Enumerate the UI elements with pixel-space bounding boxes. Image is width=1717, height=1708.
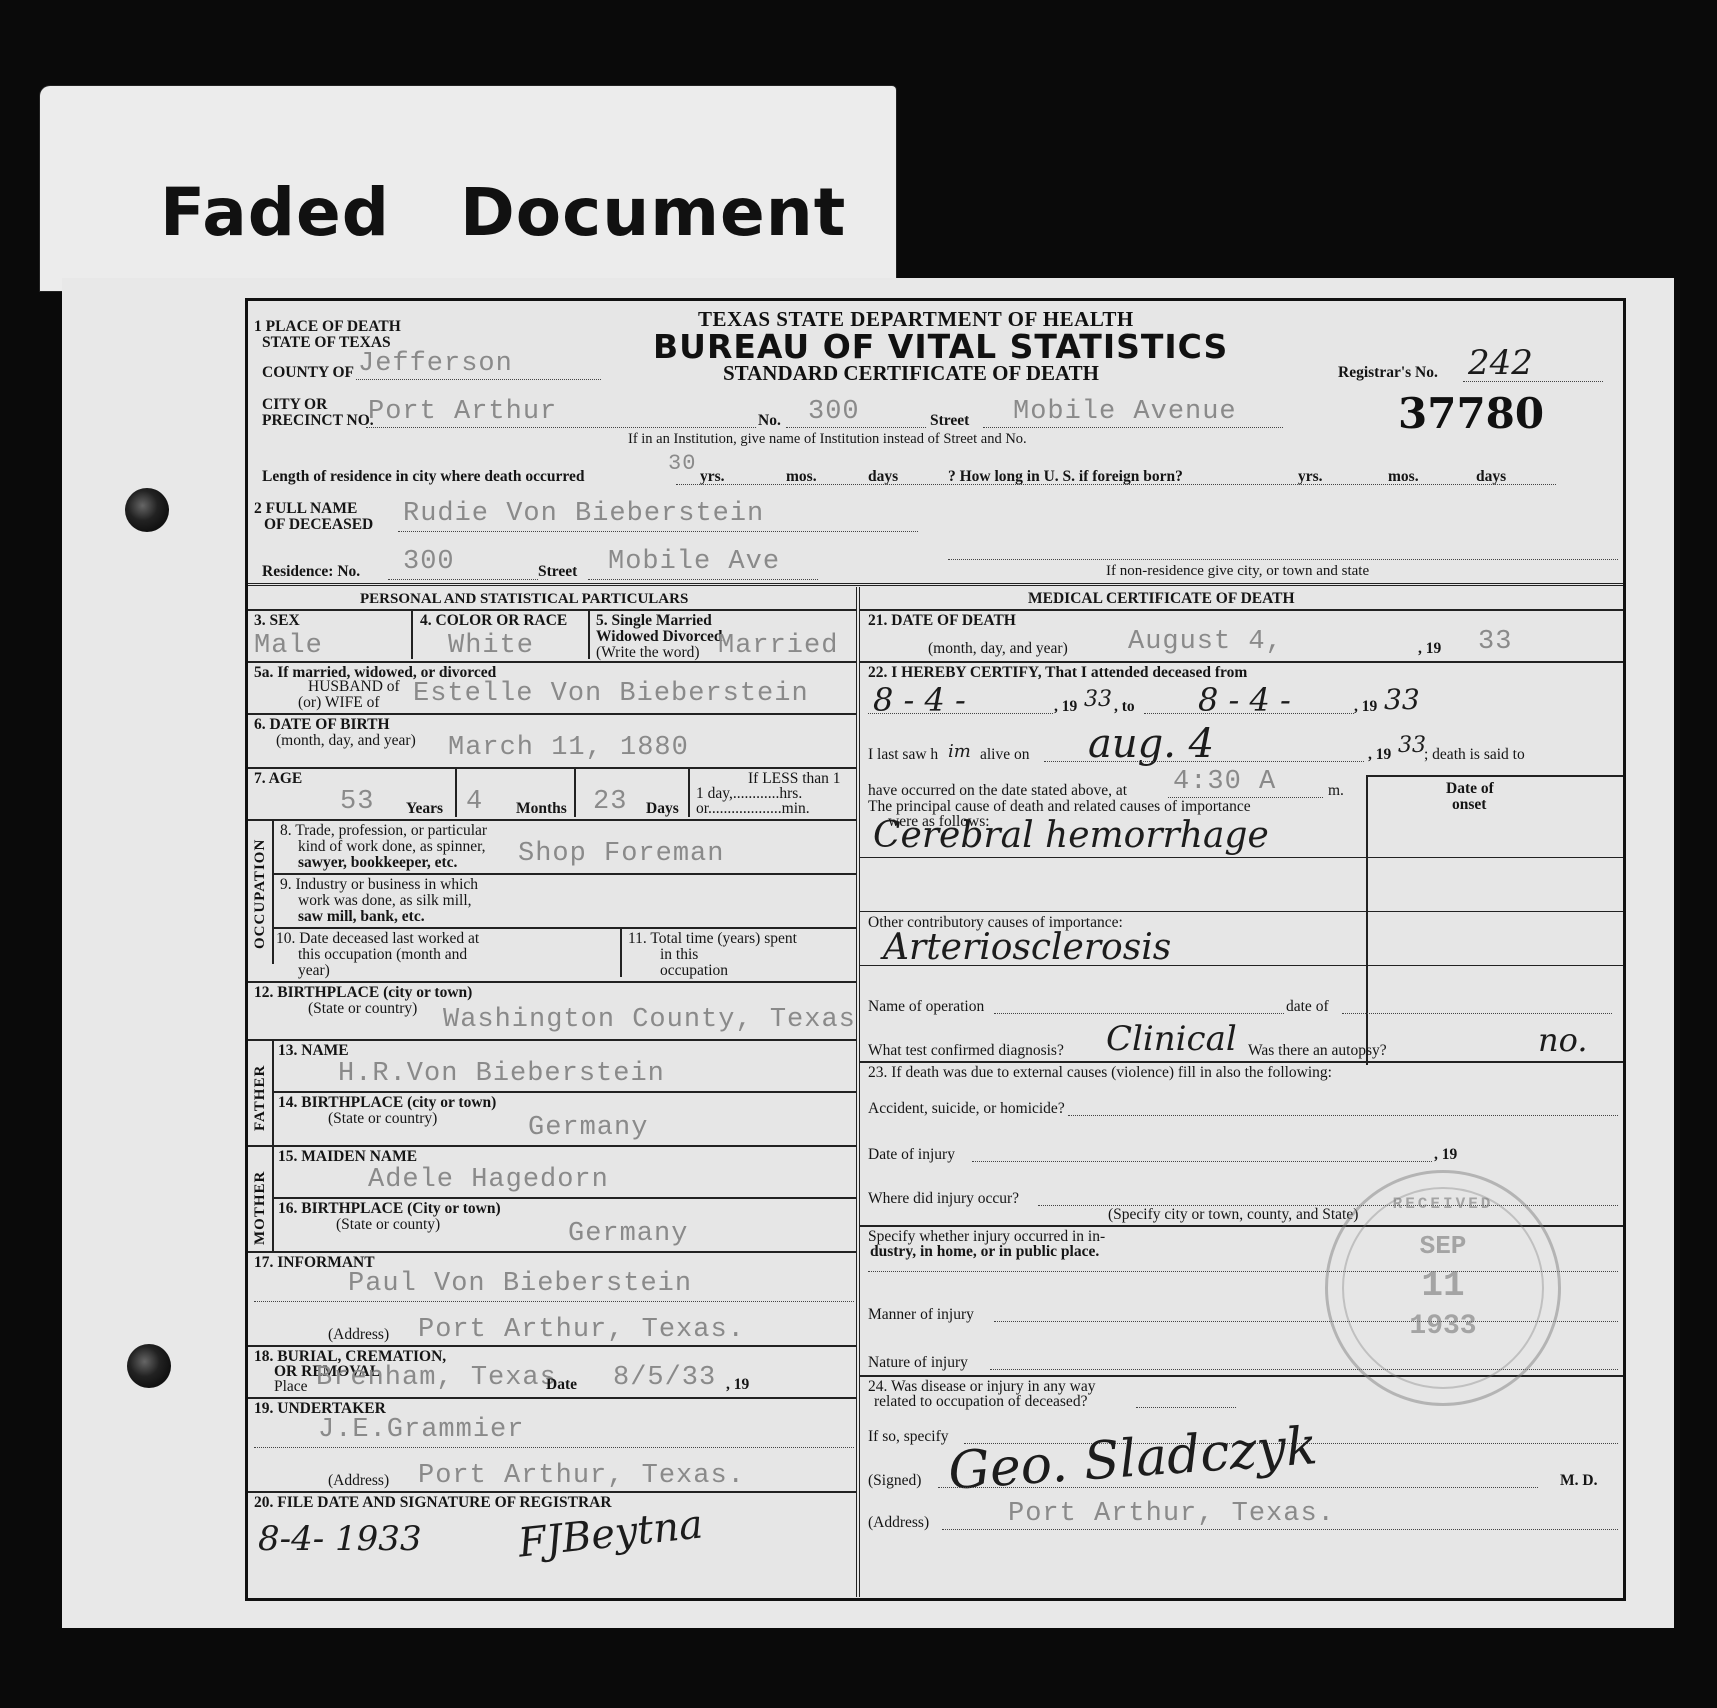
signed-label: (Signed): [868, 1473, 921, 1489]
certify-label: 22. I HEREBY CERTIFY, That I attended de…: [868, 665, 1247, 681]
death-certificate-form: TEXAS STATE DEPARTMENT OF HEALTH BUREAU …: [245, 298, 1626, 1601]
foreign-born-label: ? How long in U. S. if foreign born?: [948, 469, 1183, 485]
principal-cause-value: Cerebral hemorrhage: [873, 815, 1269, 856]
city-value: Port Arthur: [368, 397, 557, 427]
autopsy-label: Was there an autopsy?: [1248, 1043, 1387, 1059]
foreign-yrs-label: yrs.: [1298, 469, 1323, 485]
to-year-value: 33: [1384, 683, 1420, 716]
industry-label-3: saw mill, bank, etc.: [298, 909, 425, 925]
burial-place-label: Place: [274, 1379, 308, 1395]
informant-address-value: Port Arthur, Texas.: [418, 1315, 745, 1345]
foreign-mos-label: mos.: [1388, 469, 1419, 485]
dod-label-2: (month, day, and year): [928, 641, 1068, 657]
industry-label-1: 9. Industry or business in which: [280, 877, 478, 893]
total-time-label-2: in this: [660, 947, 698, 963]
trade-value: Shop Foreman: [518, 839, 724, 869]
occurred-at-label: have occurred on the date stated above, …: [868, 783, 1127, 799]
file-date-label: 20. FILE DATE AND SIGNATURE OF REGISTRAR: [254, 1495, 612, 1511]
dod-year-prefix: , 19: [1418, 641, 1441, 657]
to-year-prefix: , 19: [1354, 699, 1377, 715]
binder-hole-top: [125, 488, 169, 532]
months-label: Months: [516, 801, 567, 817]
undertaker-address-label: (Address): [328, 1473, 389, 1489]
race-value: White: [448, 631, 534, 661]
marital-label-3: (Write the word): [596, 645, 700, 661]
spouse-value: Estelle Von Bieberstein: [413, 679, 809, 709]
burial-date-label: Date: [546, 1377, 577, 1393]
age-days-value: 23: [593, 787, 627, 817]
dod-label-1: 21. DATE OF DEATH: [868, 613, 1016, 629]
nature-of-injury-label: Nature of injury: [868, 1355, 968, 1371]
age-years-value: 53: [340, 787, 374, 817]
dob-value: March 11, 1880: [448, 733, 689, 763]
physician-address-label: (Address): [868, 1515, 929, 1531]
to-label: , to: [1114, 699, 1135, 715]
years-label: Years: [406, 801, 443, 817]
medical-section-title: MEDICAL CERTIFICATE OF DEATH: [1028, 591, 1295, 607]
undertaker-value: J.E.Grammier: [318, 1415, 524, 1445]
less-than-label-3: or...................min.: [696, 801, 810, 817]
spouse-label-3: (or) WIFE of: [298, 695, 380, 711]
mother-birthplace-label-1: 16. BIRTHPLACE (City or town): [278, 1201, 501, 1217]
mother-name-label: 15. MAIDEN NAME: [278, 1149, 417, 1165]
age-months-value: 4: [466, 787, 483, 817]
total-time-label-1: 11. Total time (years) spent: [628, 931, 797, 947]
full-name-label-1: 2 FULL NAME: [254, 501, 357, 517]
father-side-label: FATHER: [252, 1065, 269, 1131]
injury-year-label: , 19: [1434, 1147, 1457, 1163]
dob-label-1: 6. DATE OF BIRTH: [254, 717, 390, 733]
where-injury-note: (Specify city or town, county, and State…: [1108, 1207, 1358, 1223]
last-worked-label-2: this occupation (month and: [298, 947, 467, 963]
alive-on-label: alive on: [980, 747, 1030, 763]
last-worked-label-3: year): [298, 963, 330, 979]
am-pm-label: m.: [1328, 783, 1344, 799]
industry-label-2: work was done, as silk mill,: [298, 893, 472, 909]
foreign-days-label: days: [1476, 469, 1506, 485]
physician-signature: Geo. Sladczyk: [946, 1416, 1319, 1502]
md-label: M. D.: [1560, 1473, 1597, 1489]
race-label: 4. COLOR OR RACE: [420, 613, 567, 629]
trade-label-1: 8. Trade, profession, or particular: [280, 823, 487, 839]
county-label: COUNTY OF: [262, 365, 354, 381]
personal-section-title: PERSONAL AND STATISTICAL PARTICULARS: [360, 591, 688, 607]
father-birthplace-value: Germany: [528, 1113, 648, 1143]
place-of-death-label: 1 PLACE OF DEATH: [254, 319, 401, 335]
street-no-label: No.: [758, 413, 781, 429]
birthplace-label-2: (State or country): [308, 1001, 417, 1017]
contributory-cause-value: Arteriosclerosis: [883, 927, 1171, 968]
accident-label: Accident, suicide, or homicide?: [868, 1101, 1065, 1117]
father-birthplace-label-1: 14. BIRTHPLACE (city or town): [278, 1095, 496, 1111]
stamp-year: 1933: [1328, 1311, 1558, 1342]
father-birthplace-label-2: (State or country): [328, 1111, 437, 1127]
residence-street-label: Street: [538, 564, 577, 580]
autopsy-value: no.: [1538, 1021, 1587, 1059]
trade-label-3: sawyer, bookkeeper, etc.: [298, 855, 457, 871]
residence-length-label: Length of residence in city where death …: [262, 469, 584, 485]
marital-value: Married: [718, 631, 838, 661]
if-so-specify-label: If so, specify: [868, 1429, 949, 1445]
informant-value: Paul Von Bieberstein: [348, 1269, 692, 1299]
stamp-day: 11: [1328, 1265, 1558, 1306]
banner-word-faded: Faded: [160, 174, 390, 251]
father-name-label: 13. NAME: [278, 1043, 349, 1059]
registrar-no-value: 242: [1468, 343, 1533, 383]
test-value: Clinical: [1106, 1019, 1237, 1059]
specify-location-label-2: dustry, in home, or in public place.: [870, 1244, 1099, 1260]
time-of-death-value: 4:30 A: [1173, 767, 1276, 797]
nonresidence-note: If non-residence give city, or town and …: [1106, 563, 1369, 579]
birthplace-label-1: 12. BIRTHPLACE (city or town): [254, 985, 472, 1001]
binder-hole-bottom: [127, 1344, 171, 1388]
age-label: 7. AGE: [254, 771, 302, 787]
faded-document-banner: FadedDocument: [40, 86, 896, 291]
mos-label: mos.: [786, 469, 817, 485]
residence-years-value: 30: [668, 451, 696, 476]
residence-street-value: Mobile Ave: [608, 547, 780, 577]
yrs-label: yrs.: [700, 469, 725, 485]
received-stamp: RECEIVED SEP 11 1933: [1325, 1170, 1561, 1406]
street-no-value: 300: [808, 397, 860, 427]
father-name-value: H.R.Von Bieberstein: [338, 1059, 665, 1089]
dod-year-value: 33: [1478, 627, 1512, 657]
external-causes-label: 23. If death was due to external causes …: [868, 1065, 1332, 1081]
residence-no-label: Residence: No.: [262, 564, 360, 580]
sex-value: Male: [254, 631, 323, 661]
dod-value: August 4,: [1128, 627, 1283, 657]
street-value: Mobile Avenue: [1013, 397, 1237, 427]
banner-title: FadedDocument: [160, 174, 916, 251]
burial-year-label: , 19: [726, 1377, 749, 1393]
registrar-no-label: Registrar's No.: [1338, 365, 1438, 381]
registrar-signature: FJBeytna: [516, 1501, 705, 1566]
where-injury-label: Where did injury occur?: [868, 1191, 1019, 1207]
death-said-label: ; death is said to: [1424, 747, 1525, 763]
last-saw-year-prefix: , 19: [1368, 747, 1391, 763]
deceased-name-value: Rudie Von Bieberstein: [403, 499, 764, 529]
injury-date-label: Date of injury: [868, 1147, 955, 1163]
undertaker-address-value: Port Arthur, Texas.: [418, 1461, 745, 1491]
header-certificate-title: STANDARD CERTIFICATE OF DEATH: [723, 361, 1099, 386]
stamp-month: SEP: [1328, 1231, 1558, 1261]
from-year-value: 33: [1084, 687, 1112, 712]
spouse-label-2: HUSBAND of: [308, 679, 400, 695]
stamp-received: RECEIVED: [1328, 1195, 1558, 1213]
street-label: Street: [930, 413, 969, 429]
trade-label-2: kind of work done, as spinner,: [298, 839, 486, 855]
burial-date-value: 8/5/33: [613, 1363, 716, 1393]
mother-birthplace-value: Germany: [568, 1219, 688, 1249]
birthplace-value: Washington County, Texas: [443, 1005, 856, 1035]
marital-label-2: Widowed Divorced: [596, 629, 722, 645]
last-saw-year-value: 33: [1398, 733, 1426, 758]
burial-place-value: Brenham, Texas: [316, 1363, 557, 1393]
last-worked-label-1: 10. Date deceased last worked at: [276, 931, 479, 947]
banner-word-document: Document: [460, 174, 846, 251]
last-saw-pronoun: im: [948, 741, 971, 762]
test-label: What test confirmed diagnosis?: [868, 1043, 1064, 1059]
county-value: Jefferson: [358, 349, 513, 379]
operation-date-label: date of: [1286, 999, 1329, 1015]
mother-birthplace-label-2: (State or county): [336, 1217, 440, 1233]
city-label-1: CITY OR: [262, 397, 327, 413]
total-time-label-3: occupation: [660, 963, 728, 979]
onset-label-1: Date of: [1446, 781, 1494, 797]
marital-label-1: 5. Single Married: [596, 613, 712, 629]
certificate-number: 37780: [1398, 389, 1544, 438]
occupation-side-label: OCCUPATION: [252, 839, 269, 949]
full-name-label-2: OF DECEASED: [264, 517, 373, 533]
city-label-2: PRECINCT NO.: [262, 413, 374, 429]
informant-address-label: (Address): [328, 1327, 389, 1343]
last-saw-label: I last saw h: [868, 747, 938, 763]
dob-label-2: (month, day, and year): [276, 733, 416, 749]
operation-label: Name of operation: [868, 999, 984, 1015]
file-date-value: 8-4- 1933: [258, 1519, 422, 1559]
mother-side-label: MOTHER: [252, 1171, 269, 1245]
residence-no-value: 300: [403, 547, 455, 577]
occupation-related-label-2: related to occupation of deceased?: [874, 1394, 1087, 1410]
sex-label: 3. SEX: [254, 613, 300, 629]
days-label-age: Days: [646, 801, 679, 817]
manner-of-injury-label: Manner of injury: [868, 1307, 974, 1323]
days-label: days: [868, 469, 898, 485]
onset-label-2: onset: [1452, 797, 1486, 813]
physician-address-value: Port Arthur, Texas.: [1008, 1499, 1335, 1529]
mother-name-value: Adele Hagedorn: [368, 1165, 609, 1195]
from-year-prefix: , 19: [1054, 699, 1077, 715]
institution-note: If in an Institution, give name of Insti…: [628, 431, 1027, 447]
